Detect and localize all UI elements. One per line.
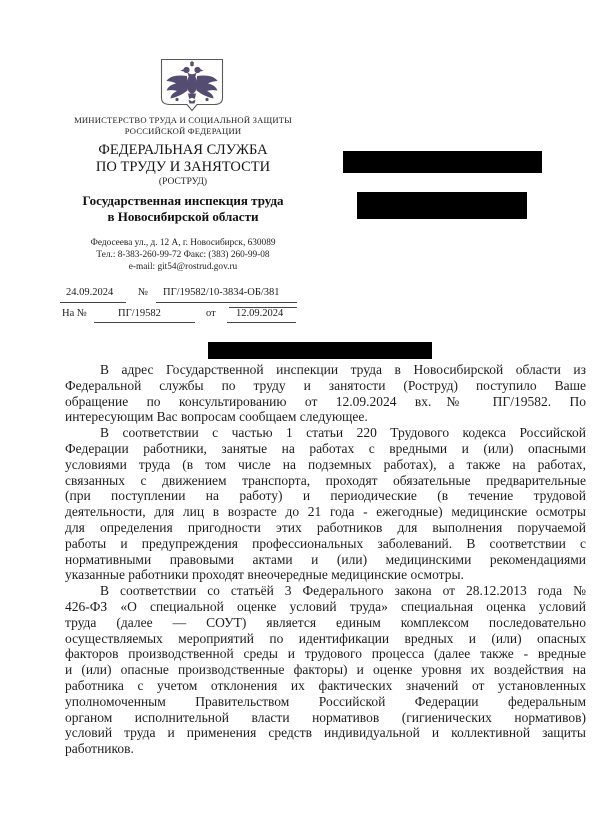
underline-incoming-date — [227, 322, 296, 323]
body-line: Федерации работники, занятые на работах … — [65, 441, 586, 457]
outgoing-date: 24.09.2024 — [66, 287, 113, 298]
body-line: нормативными правовыми актами и (или) ме… — [65, 552, 586, 568]
federal-service-name: ФЕДЕРАЛЬНАЯ СЛУЖБА ПО ТРУДУ И ЗАНЯТОСТИ — [38, 142, 328, 176]
service-abbreviation: (РОСТРУД) — [38, 177, 328, 187]
incoming-date: 12.09.2024 — [236, 308, 283, 319]
body-line: В соответствии с частью 1 статьи 220 Тру… — [65, 425, 586, 441]
body-line: условий труда и применения средств индив… — [65, 725, 586, 741]
body-line: факторов производственной среды и трудов… — [65, 646, 586, 662]
service-line2: ПО ТРУДУ И ЗАНЯТОСТИ — [38, 159, 328, 176]
body-line: интересующим Вас вопросам сообщаем следу… — [65, 409, 586, 425]
body-line: Федеральной службы по труду и занятости … — [65, 378, 586, 394]
body-line: обращение по консультированию от 12.09.2… — [65, 394, 586, 410]
phone-fax: Тел.: 8-383-260-99-72 Факс: (383) 260-99… — [38, 249, 328, 261]
underline-incoming-number — [94, 322, 195, 323]
outgoing-number: ПГ/19582/10-3834-ОБ/381 — [163, 287, 280, 298]
underline-outgoing-number — [156, 302, 297, 303]
body-line: органом исполнительной власти нормативов… — [65, 710, 586, 726]
ministry-line2: РОССИЙСКОЙ ФЕДЕРАЦИИ — [38, 126, 328, 137]
email: e-mail: git54@rostrud.gov.ru — [38, 261, 328, 273]
coat-of-arms-emblem — [157, 57, 227, 113]
body-line: труда (далее — СОУТ) является единым ком… — [65, 615, 586, 631]
number-sign: № — [138, 287, 148, 298]
contact-block: Федосеева ул., д. 12 А, г. Новосибирск, … — [38, 237, 328, 273]
body-line: уполномоченным Правительством Российской… — [65, 694, 586, 710]
scanned-letter-page: МИНИСТЕРСТВО ТРУДА И СОЦИАЛЬНОЙ ЗАЩИТЫ Р… — [0, 0, 592, 838]
body-line: работника с учетом отклонения их фактиче… — [65, 678, 586, 694]
body-line: работников. — [65, 741, 586, 757]
body-line: условиями труда (в том числе на подземны… — [65, 457, 586, 473]
underline-outgoing-date — [60, 302, 126, 303]
body-text: В адрес Государственной инспекции труда … — [65, 362, 586, 757]
inspection-line1: Государственная инспекция труда — [38, 193, 328, 209]
redaction-bar-addressee-1 — [343, 151, 542, 173]
inspection-line2: в Новосибирской области — [38, 209, 328, 225]
ministry-line1: МИНИСТЕРСТВО ТРУДА И СОЦИАЛЬНОЙ ЗАЩИТЫ — [38, 115, 328, 126]
body-line: В адрес Государственной инспекции труда … — [65, 362, 586, 378]
redaction-bar-addressee-2 — [357, 192, 527, 219]
body-line: работы и предупреждения профессиональных… — [65, 536, 586, 552]
service-line1: ФЕДЕРАЛЬНАЯ СЛУЖБА — [38, 142, 328, 159]
redaction-bar-salutation — [208, 342, 432, 359]
double-headed-eagle-icon — [157, 57, 227, 113]
incoming-number: ПГ/19582 — [118, 308, 161, 319]
body-line: (при поступлении на работу) и периодичес… — [65, 488, 586, 504]
body-line: связанных с движением транспорта, проход… — [65, 473, 586, 489]
inspection-name: Государственная инспекция труда в Новоси… — [38, 193, 328, 225]
incoming-label: На № — [62, 308, 87, 319]
from-label: от — [206, 308, 216, 319]
body-line: и (или) опасные производственные факторы… — [65, 662, 586, 678]
body-line: деятельности, для лиц в возрасте до 21 г… — [65, 504, 586, 520]
body-line: указанные работники проходят внеочередны… — [65, 567, 586, 583]
postal-address: Федосеева ул., д. 12 А, г. Новосибирск, … — [38, 237, 328, 249]
body-line: для определения пригодности этих работни… — [65, 520, 586, 536]
body-line: В соответствии со статьёй 3 Федерального… — [65, 583, 586, 599]
body-line: 426-ФЗ «О специальной оценке условий тру… — [65, 599, 586, 615]
ministry-name: МИНИСТЕРСТВО ТРУДА И СОЦИАЛЬНОЙ ЗАЩИТЫ Р… — [38, 115, 328, 136]
body-line: осуществляемых мероприятий по идентифика… — [65, 631, 586, 647]
